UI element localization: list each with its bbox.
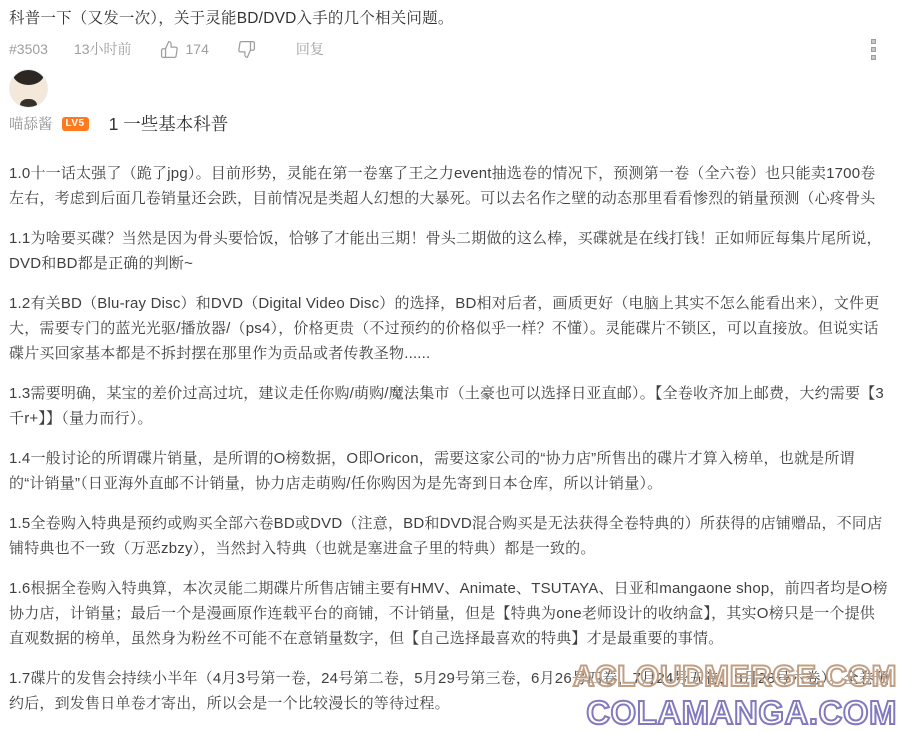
post-meta-row: #3503 13小时前 174 回复 [9,39,890,59]
commenter-line: 喵舔酱 LV5 1 一些基本科普 [9,111,890,136]
section-heading: 1 一些基本科普 [109,111,229,136]
comment-paragraph: 1.5全卷购入特典是预约或购买全部六卷BD或DVD（注意，BD和DVD混合购买是… [9,511,890,561]
comment-paragraph: 1.0十一话太强了（跪了jpg）。目前形势，灵能在第一卷塞了王之力event抽选… [9,161,890,211]
username[interactable]: 喵舔酱 [9,113,53,134]
comment-paragraph: 1.3需要明确，某宝的差价过高过坑，建议走任你购/萌购/魔法集市（土豪也可以选择… [9,381,890,431]
post-time: 13小时前 [74,39,132,59]
comment-paragraph: 1.1为啥要买碟？当然是因为骨头要恰饭，恰够了才能出三期！骨头二期做的这么棒，买… [9,226,890,276]
like-count: 174 [186,41,209,57]
comment-paragraph: 1.4一般讨论的所谓碟片销量，是所谓的O榜数据，O即Oricon，需要这家公司的… [9,446,890,496]
level-badge: LV5 [62,117,89,131]
comment-body: 1.0十一话太强了（跪了jpg）。目前形势，灵能在第一卷塞了王之力event抽选… [9,161,890,716]
comment-paragraph: 1.2有关BD（Blu-ray Disc）和DVD（Digital Video … [9,291,890,366]
dislike-button[interactable] [237,40,256,59]
like-button[interactable]: 174 [160,40,209,59]
thumbs-up-icon [160,40,186,59]
more-options-icon[interactable] [869,37,878,62]
floor-number: #3503 [9,41,48,57]
avatar[interactable] [9,69,48,108]
post-title[interactable]: 科普一下（又发一次），关于灵能BD/DVD入手的几个相关问题。 [9,8,890,30]
thumbs-down-icon [237,40,256,59]
reply-button[interactable]: 回复 [296,39,324,59]
comment-paragraph: 1.7碟片的发售会持续小半年（4月3号第一卷，24号第二卷，5月29号第三卷，6… [9,666,890,716]
comment-page: 科普一下（又发一次），关于灵能BD/DVD入手的几个相关问题。 #3503 13… [0,0,900,731]
comment-paragraph: 1.6根据全卷购入特典算，本次灵能二期碟片所售店铺主要有HMV、Animate、… [9,576,890,651]
